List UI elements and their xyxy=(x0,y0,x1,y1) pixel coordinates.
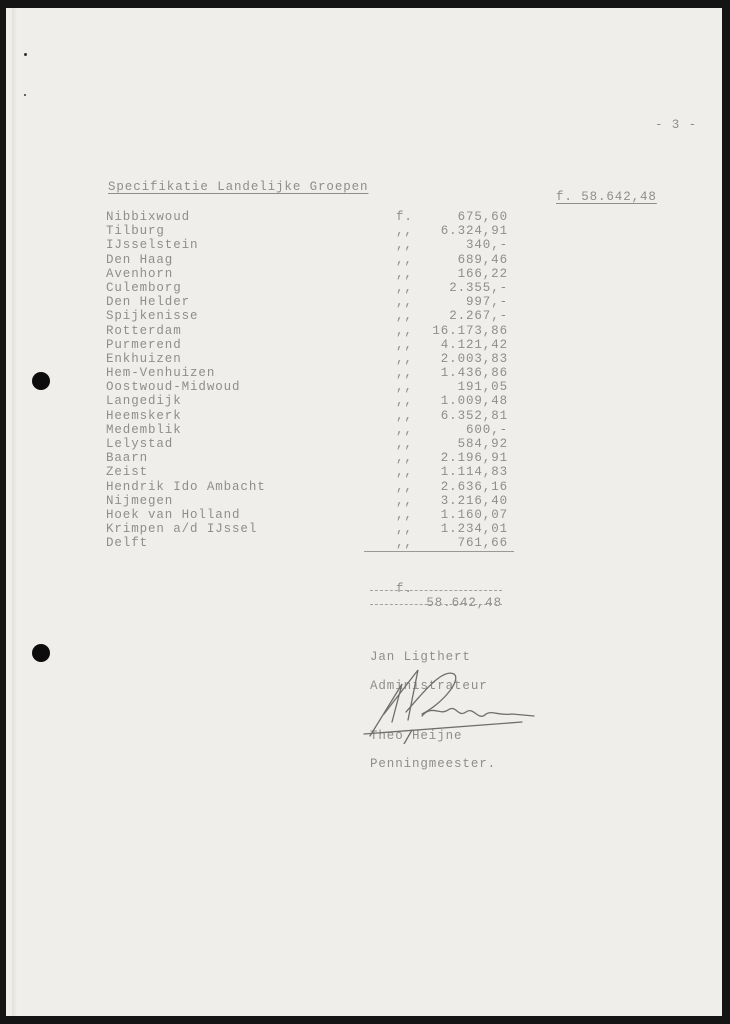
group-name: Zeist xyxy=(106,465,266,479)
group-name: Hem-Venhuizen xyxy=(106,366,266,380)
amount-row: ,,1.436,86 xyxy=(364,366,514,380)
amounts-column: f.675,60,,6.324,91,,340,-,,689,46,,166,2… xyxy=(364,210,514,552)
ditto-mark: ,, xyxy=(396,536,413,550)
group-name: Enkhuizen xyxy=(106,352,266,366)
amount-value: 1.234,01 xyxy=(441,522,508,536)
amount-value: 761,66 xyxy=(458,536,508,550)
amount-row: ,,2.267,- xyxy=(364,309,514,323)
amount-value: 6.324,91 xyxy=(441,224,508,238)
amount-row: ,,2.636,16 xyxy=(364,480,514,494)
amount-value: 2.196,91 xyxy=(441,451,508,465)
amount-row: ,,1.160,07 xyxy=(364,508,514,522)
group-name: Hendrik Ido Ambacht xyxy=(106,480,266,494)
ditto-mark: ,, xyxy=(396,394,413,408)
ditto-mark: ,, xyxy=(396,324,413,338)
group-name: Avenhorn xyxy=(106,267,266,281)
amount-value: 1.160,07 xyxy=(441,508,508,522)
group-name: Medemblik xyxy=(106,423,266,437)
ditto-mark: ,, xyxy=(396,224,413,238)
group-name: Den Haag xyxy=(106,253,266,267)
ditto-mark: ,, xyxy=(396,309,413,323)
heading-total: f. 58.642,48 xyxy=(556,190,657,204)
ditto-mark: ,, xyxy=(396,338,413,352)
amount-value: 6.352,81 xyxy=(441,409,508,423)
group-name: Nibbixwoud xyxy=(106,210,266,224)
amount-value: 584,92 xyxy=(458,437,508,451)
double-rule xyxy=(370,590,502,591)
ditto-mark: ,, xyxy=(396,465,413,479)
section-heading: Specifikatie Landelijke Groepen xyxy=(108,180,368,194)
group-name: Heemskerk xyxy=(106,409,266,423)
amount-value: 166,22 xyxy=(458,267,508,281)
amount-value: 1.114,83 xyxy=(441,465,508,479)
punch-hole xyxy=(32,644,50,662)
amount-row: ,,600,- xyxy=(364,423,514,437)
amount-row: ,,584,92 xyxy=(364,437,514,451)
ditto-mark: ,, xyxy=(396,352,413,366)
ditto-mark: ,, xyxy=(396,508,413,522)
group-name: Lelystad xyxy=(106,437,266,451)
amount-value: 4.121,42 xyxy=(441,338,508,352)
amount-row: ,,340,- xyxy=(364,238,514,252)
group-name: Krimpen a/d IJssel xyxy=(106,522,266,536)
group-names-column: NibbixwoudTilburgIJsselsteinDen HaagAven… xyxy=(106,210,266,551)
group-name: Hoek van Holland xyxy=(106,508,266,522)
amount-row: ,,6.324,91 xyxy=(364,224,514,238)
handwritten-signature xyxy=(362,664,542,744)
speck-mark xyxy=(24,53,27,56)
amount-row: ,,689,46 xyxy=(364,253,514,267)
amount-value: 2.267,- xyxy=(449,309,508,323)
amount-row: ,,1.009,48 xyxy=(364,394,514,408)
ditto-mark: ,, xyxy=(396,380,413,394)
speck-mark xyxy=(24,94,26,96)
amount-value: 2.003,83 xyxy=(441,352,508,366)
ditto-mark: ,, xyxy=(396,267,413,281)
ditto-mark: ,, xyxy=(396,494,413,508)
amount-value: 2.636,16 xyxy=(441,480,508,494)
signatory-name: Jan Ligthert xyxy=(370,650,471,664)
currency-prefix: f. xyxy=(396,210,413,224)
double-rule xyxy=(370,604,502,605)
page-edge xyxy=(12,8,18,1016)
group-name: Nijmegen xyxy=(106,494,266,508)
group-name: Tilburg xyxy=(106,224,266,238)
amount-row: ,,6.352,81 xyxy=(364,409,514,423)
ditto-mark: ,, xyxy=(396,451,413,465)
amount-value: 1.009,48 xyxy=(441,394,508,408)
group-name: Rotterdam xyxy=(106,324,266,338)
ditto-mark: ,, xyxy=(396,253,413,267)
ditto-mark: ,, xyxy=(396,423,413,437)
group-name: Langedijk xyxy=(106,394,266,408)
amount-row: f.675,60 xyxy=(364,210,514,224)
group-name: Baarn xyxy=(106,451,266,465)
amount-value: 689,46 xyxy=(458,253,508,267)
group-name: Spijkenisse xyxy=(106,309,266,323)
ditto-mark: ,, xyxy=(396,522,413,536)
amount-row: ,,3.216,40 xyxy=(364,494,514,508)
ditto-mark: ,, xyxy=(396,437,413,451)
group-name: IJsselstein xyxy=(106,238,266,252)
amount-row: ,,761,66 xyxy=(364,536,514,551)
group-name: Den Helder xyxy=(106,295,266,309)
group-name: Purmerend xyxy=(106,338,266,352)
signatory-role: Penningmeester. xyxy=(370,757,496,771)
ditto-mark: ,, xyxy=(396,295,413,309)
amount-value: 2.355,- xyxy=(449,281,508,295)
amount-value: 16.173,86 xyxy=(432,324,508,338)
page-number: - 3 - xyxy=(655,118,697,132)
ditto-mark: ,, xyxy=(396,238,413,252)
amount-row: ,,1.234,01 xyxy=(364,522,514,536)
ditto-mark: ,, xyxy=(396,480,413,494)
amount-value: 997,- xyxy=(466,295,508,309)
ditto-mark: ,, xyxy=(396,409,413,423)
amount-row: ,,2.003,83 xyxy=(364,352,514,366)
amount-value: 675,60 xyxy=(458,210,508,224)
group-name: Culemborg xyxy=(106,281,266,295)
group-name: Oostwoud-Midwoud xyxy=(106,380,266,394)
amount-row: ,,2.196,91 xyxy=(364,451,514,465)
punch-hole xyxy=(32,372,50,390)
ditto-mark: ,, xyxy=(396,366,413,380)
ditto-mark: ,, xyxy=(396,281,413,295)
amount-row: ,,4.121,42 xyxy=(364,338,514,352)
amount-value: 3.216,40 xyxy=(441,494,508,508)
amount-row: ,,191,05 xyxy=(364,380,514,394)
amount-value: 340,- xyxy=(466,238,508,252)
amount-value: 191,05 xyxy=(458,380,508,394)
amount-value: 600,- xyxy=(466,423,508,437)
amount-row: ,,166,22 xyxy=(364,267,514,281)
group-name: Delft xyxy=(106,536,266,550)
amount-row: ,,1.114,83 xyxy=(364,465,514,479)
amount-value: 1.436,86 xyxy=(441,366,508,380)
amount-row: ,,2.355,- xyxy=(364,281,514,295)
amount-row: ,,997,- xyxy=(364,295,514,309)
amount-row: ,,16.173,86 xyxy=(364,324,514,338)
